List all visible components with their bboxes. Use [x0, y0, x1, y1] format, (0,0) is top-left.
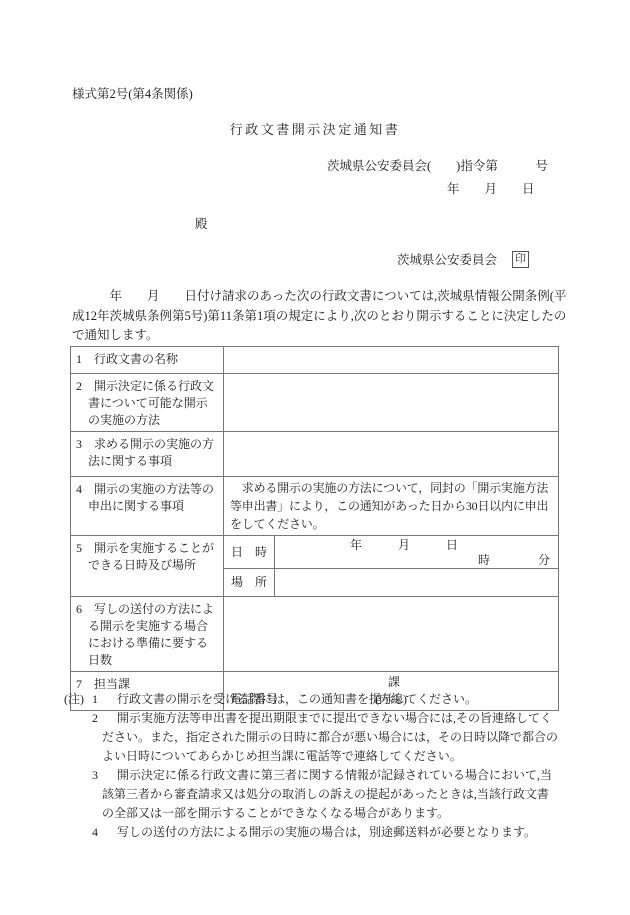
note-line: の全部又は一部を開示することができなくなる場合があります。	[0, 804, 630, 823]
document-title: 行政文書開示決定通知書	[0, 119, 630, 138]
note-text: 開示実施方法等申出書を提出期限までに提出できない場合には,その旨連絡してく	[117, 711, 552, 725]
notes-section: (注)1行政文書の開示を受ける際には，この通知書を提示してください。 2開示実施…	[0, 690, 630, 842]
note-marker: (注)	[64, 690, 84, 709]
issuer-name: 茨城県公安委員会	[397, 250, 497, 268]
table-row: 4 開示の実施の方法等の申出に関する事項 求める開示の実施の方法について，同封の…	[71, 477, 559, 536]
row-label: 3 求める開示の実施の方法に関する事項	[71, 432, 224, 477]
document-page: 様式第2号(第4条関係) 行政文書開示決定通知書 茨城県公安委員会( )指令第 …	[0, 0, 630, 915]
row-label-text: 担当課	[94, 677, 130, 691]
note-number: 1	[92, 690, 117, 709]
table-row: 5 開示を実施することができる日時及び場所 日 時 年 月 日 時 分	[71, 536, 559, 569]
datetime-label-cell: 日 時	[224, 536, 275, 569]
disclosure-table: 1 行政文書の名称 2 開示決定に係る行政文書について可能な開示の実施の方法 3…	[70, 346, 559, 711]
note-line: ださい。また，指定された開示の日時に都合が悪い場合には，その日時以降で都合の	[0, 728, 630, 747]
row-content	[224, 597, 559, 672]
body-line: で通知します。	[72, 326, 564, 346]
row-content-line: 求める開示の実施の方法について，同封の「開示実施方法	[230, 479, 552, 497]
issue-date-line: 年 月 日	[447, 179, 535, 197]
table-row: 1 行政文書の名称	[71, 347, 559, 374]
row-label-text: 開示の実施の方法等の申出に関する事項	[88, 482, 214, 513]
note-line: よい日時についてあらかじめ担当課に電話等で連絡してください。	[0, 747, 630, 766]
note-number: 3	[92, 766, 117, 785]
note-number: 4	[92, 823, 117, 842]
row-label: 2 開示決定に係る行政文書について可能な開示の実施の方法	[71, 374, 224, 432]
row-label: 6 写しの送付の方法による開示を実施する場合における準備に要する日数	[71, 597, 224, 672]
form-number: 様式第2号(第4条関係)	[72, 84, 193, 102]
row-content	[224, 432, 559, 477]
table-row: 6 写しの送付の方法による開示を実施する場合における準備に要する日数	[71, 597, 559, 672]
directive-number-line: 茨城県公安委員会( )指令第 号	[327, 156, 548, 174]
row-label-text: 開示決定に係る行政文書について可能な開示の実施の方法	[88, 379, 214, 427]
table-row: 3 求める開示の実施の方法に関する事項	[71, 432, 559, 477]
note-line: 3開示決定に係る行政文書に第三者に関する情報が記録されている場合において,当	[0, 766, 630, 785]
row-content: 求める開示の実施の方法について，同封の「開示実施方法 等申出書」により，この通知…	[224, 477, 559, 536]
note-text: よい日時についてあらかじめ担当課に電話等で連絡してください。	[102, 749, 462, 763]
note-text: 行政文書の開示を受ける際には，この通知書を提示してください。	[117, 692, 477, 706]
seal-box: 印	[512, 251, 529, 268]
row-content	[224, 347, 559, 374]
row-label-text: 写しの送付の方法による開示を実施する場合における準備に要する日数	[88, 602, 214, 667]
place-label-cell: 場 所	[224, 569, 275, 597]
row-label-text: 開示を実施することができる日時及び場所	[88, 541, 214, 572]
datetime-ymd-line: 年 月 日	[350, 538, 550, 553]
body-paragraph: 年 月 日付け請求のあった次の行政文書については,茨城県情報公開条例(平 成12…	[72, 287, 564, 346]
body-line: 年 月 日付け請求のあった次の行政文書については,茨城県情報公開条例(平	[72, 287, 564, 307]
row-label-text: 求める開示の実施の方法に関する事項	[88, 437, 214, 468]
note-line: 該第三者から審査請求又は処分の取消しの訴えの提起があったときは,当該行政文書	[0, 785, 630, 804]
body-line: 成12年茨城県条例第5号)第11条第1項の規定により,次のとおり開示することに決…	[72, 307, 564, 327]
section-name-line: 課	[230, 674, 552, 691]
row-content	[224, 374, 559, 432]
datetime-content-cell: 年 月 日 時 分	[275, 536, 559, 569]
note-text: 該第三者から審査請求又は処分の取消しの訴えの提起があったときは,当該行政文書	[102, 787, 549, 801]
note-line: (注)1行政文書の開示を受ける際には，この通知書を提示してください。	[0, 690, 630, 709]
row-label: 5 開示を実施することができる日時及び場所	[71, 536, 224, 597]
row-label-text: 行政文書の名称	[94, 352, 178, 366]
note-number: 2	[92, 709, 117, 728]
table-row: 2 開示決定に係る行政文書について可能な開示の実施の方法	[71, 374, 559, 432]
row-label: 1 行政文書の名称	[71, 347, 224, 374]
note-line: 2開示実施方法等申出書を提出期限までに提出できない場合には,その旨連絡してく	[0, 709, 630, 728]
row-content-line: 等申出書」により，この通知があった日から30日以内に申出	[230, 497, 552, 515]
note-text: 写しの送付の方法による開示の実施の場合は，別途郵送料が必要となります。	[117, 825, 536, 839]
row-content-line: をしてください。	[230, 515, 552, 533]
note-text: ださい。また，指定された開示の日時に都合が悪い場合には，その日時以降で都合の	[102, 730, 558, 744]
addressee-honorific: 殿	[195, 214, 208, 232]
note-text: の全部又は一部を開示することができなくなる場合があります。	[102, 806, 449, 820]
issuer-row: 茨城県公安委員会 印	[397, 250, 529, 268]
place-content-cell	[275, 569, 559, 597]
datetime-hm-line: 時 分	[350, 553, 550, 568]
note-line: 4写しの送付の方法による開示の実施の場合は，別途郵送料が必要となります。	[0, 823, 630, 842]
note-text: 開示決定に係る行政文書に第三者に関する情報が記録されている場合において,当	[117, 768, 552, 782]
row-label: 4 開示の実施の方法等の申出に関する事項	[71, 477, 224, 536]
